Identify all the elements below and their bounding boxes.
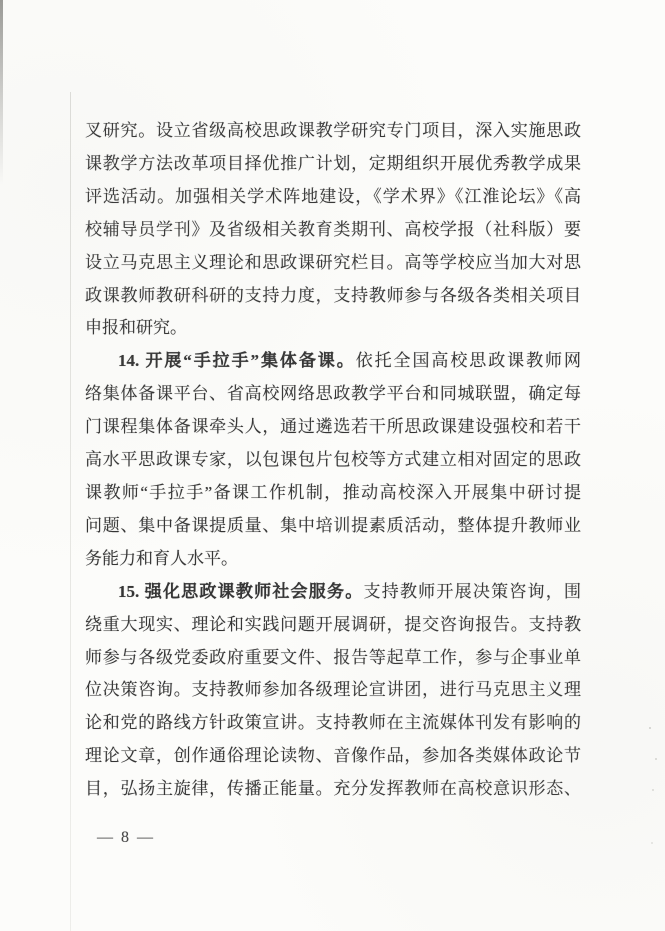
text-line: 设立马克思主义理论和思政课研究栏目。高等学校应当加大对思 [85,247,581,280]
line-rest: 依托全国高校思政课教师网 [356,351,581,370]
scan-fold-line-artifact [70,92,71,931]
text-line: 络集体备课平台、省高校网络思政教学平台和同城联盟，确定每 [85,378,581,411]
page-number: — 8 — [97,829,155,847]
scanned-document-page: 叉研究。设立省级高校思政课教学研究专门项目，深入实施思政 课教学方法改革项目择优… [0,0,665,931]
document-body-text: 叉研究。设立省级高校思政课教学研究专门项目，深入实施思政 课教学方法改革项目择优… [85,115,581,806]
text-line: 门课程集体备课牵头人，通过遴选若干所思政课建设强校和若干 [85,411,581,444]
text-line: 课教学方法改革项目择优推广计划，定期组织开展优秀教学成果 [85,148,581,181]
text-line: 校辅导员学刊》及省级相关教育类期刊、高校学报（社科版）要 [85,214,581,247]
text-line: 15. 强化思政课教师社会服务。支持教师开展决策咨询，围 [85,576,581,609]
item-15-heading: 15. 强化思政课教师社会服务。 [118,582,363,601]
text-line: 评选活动。加强相关学术阵地建设，《学术界》《江淮论坛》《高 [85,181,581,214]
item-14-heading: 14. 开展“手拉手”集体备课。 [118,351,356,370]
text-line: 申报和研究。 [85,312,581,345]
text-line: 绕重大现实、理论和实践问题开展调研，提交咨询报告。支持教 [85,609,581,642]
paragraph-item-14: 14. 开展“手拉手”集体备课。依托全国高校思政课教师网 络集体备课平台、省高校… [85,345,581,575]
text-line: 师参与各级党委政府重要文件、报告等起草工作，参与企事业单 [85,642,581,675]
text-line: 论和党的路线方针政策宣讲。支持教师在主流媒体刊发有影响的 [85,707,581,740]
text-line: 位决策咨询。支持教师参加各级理论宣讲团，进行马克思主义理 [85,674,581,707]
text-line: 叉研究。设立省级高校思政课教学研究专门项目，深入实施思政 [85,115,581,148]
scan-noise-specks [649,727,651,729]
text-line: 理论文章，创作通俗理论读物、音像作品，参加各类媒体政论节 [85,740,581,773]
text-line: 问题、集中备课提质量、集中培训提素质活动，整体提升教师业 [85,510,581,543]
text-line: 政课教师教研科研的支持力度，支持教师参与各级各类相关项目 [85,280,581,313]
text-line: 高水平思政课专家，以包课包片包校等方式建立相对固定的思政 [85,444,581,477]
line-rest: 支持教师开展决策咨询，围 [363,582,581,601]
paragraph-continuation: 叉研究。设立省级高校思政课教学研究专门项目，深入实施思政 课教学方法改革项目择优… [85,115,581,345]
text-line: 目，弘扬主旋律，传播正能量。充分发挥教师在高校意识形态、 [85,773,581,806]
scan-edge-artifact [0,0,3,185]
paragraph-item-15: 15. 强化思政课教师社会服务。支持教师开展决策咨询，围 绕重大现实、理论和实践… [85,576,581,806]
text-line: 14. 开展“手拉手”集体备课。依托全国高校思政课教师网 [85,345,581,378]
text-line: 课教师“手拉手”备课工作机制，推动高校深入开展集中研讨提 [85,477,581,510]
text-line: 务能力和育人水平。 [85,543,581,576]
